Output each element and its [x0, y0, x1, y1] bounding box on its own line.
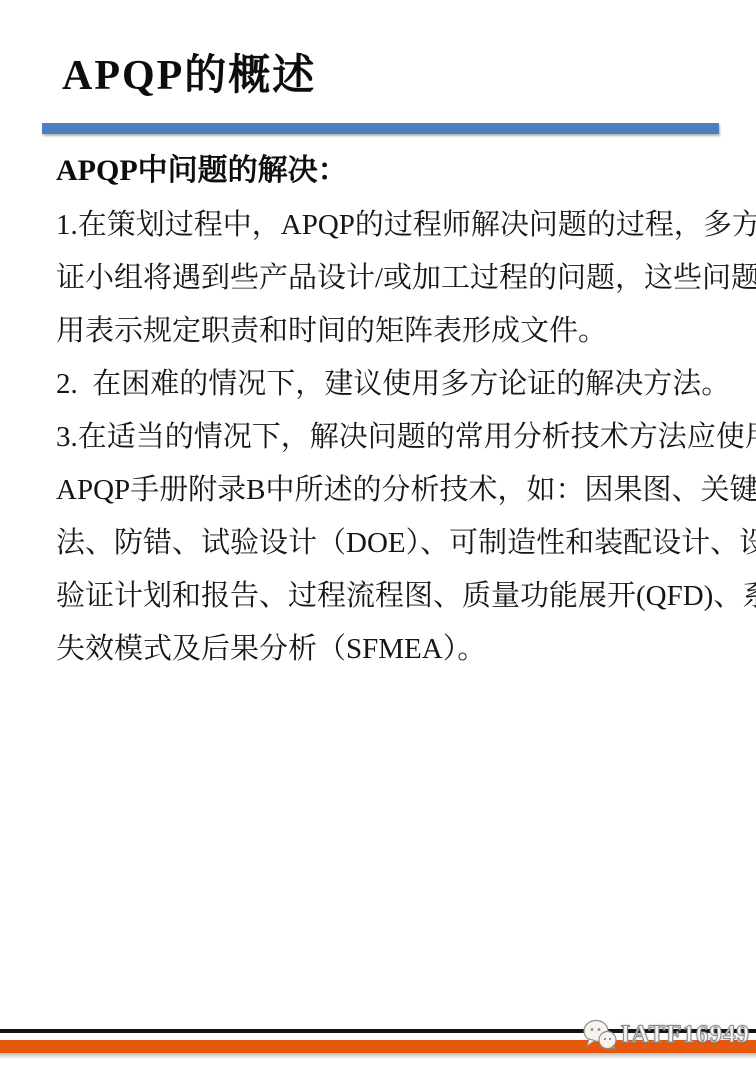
slide-canvas: APQP的概述 APQP中问题的解决： 1.在策划过程中，APQP的过程师解决问…: [0, 0, 756, 1070]
body-line: 2. 在困难的情况下，建议使用多方论证的解决方法。: [56, 358, 726, 411]
title-underline-bar: [42, 123, 719, 134]
body-line: 证小组将遇到些产品设计/或加工过程的问题，这些问题可: [56, 252, 726, 305]
body-line: 法、防错、试验设计（DOE）、可制造性和装配设计、设计: [56, 517, 726, 570]
body-line: 1.在策划过程中，APQP的过程师解决问题的过程，多方论: [56, 199, 726, 252]
chat-bubbles-icon: [583, 1019, 617, 1051]
page-title: APQP的概述: [62, 50, 316, 102]
body-text: 1.在策划过程中，APQP的过程师解决问题的过程，多方论 证小组将遇到些产品设计…: [56, 199, 726, 676]
watermark-text: IATF16949: [621, 1021, 750, 1049]
section-heading: APQP中问题的解决：: [56, 154, 348, 188]
watermark: IATF16949: [583, 1016, 750, 1054]
body-line: APQP手册附录B中所述的分析技术，如：因果图、关键路径: [56, 464, 726, 517]
body-line: 失效模式及后果分析（SFMEA）。: [56, 623, 726, 676]
body-line: 3.在适当的情况下，解决问题的常用分析技术方法应使用: [56, 411, 726, 464]
body-line: 验证计划和报告、过程流程图、质量功能展开(QFD)、系统: [56, 570, 726, 623]
body-line: 用表示规定职责和时间的矩阵表形成文件。: [56, 305, 726, 358]
